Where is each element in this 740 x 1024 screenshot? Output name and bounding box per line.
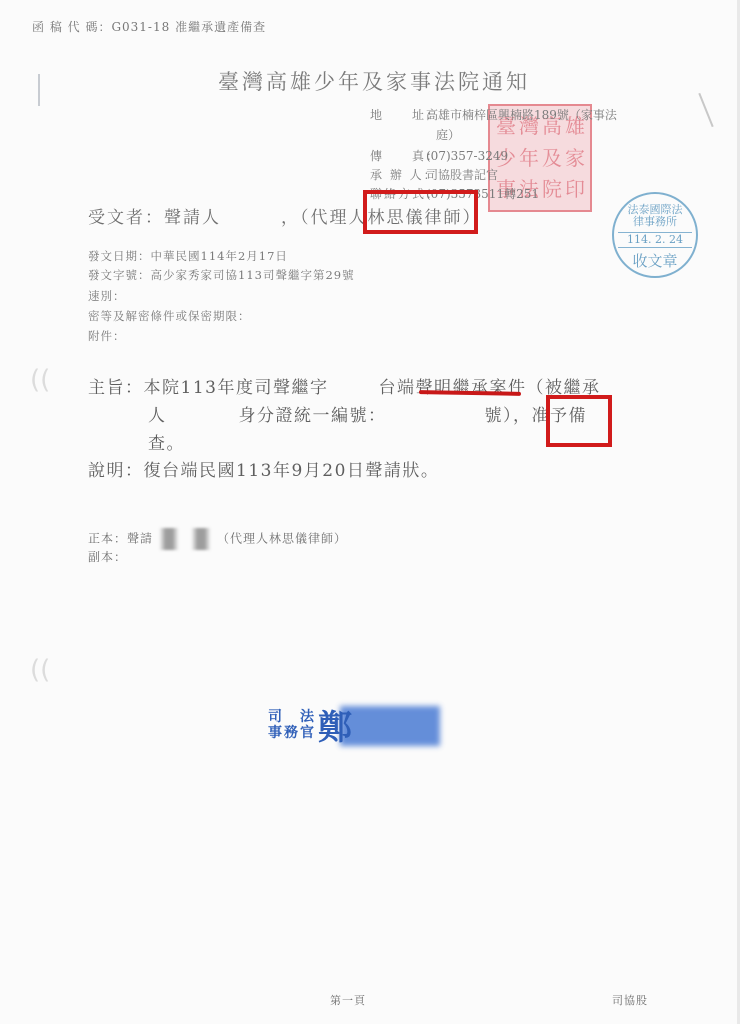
document-title: 臺灣高雄少年及家事法院通知 bbox=[218, 66, 530, 96]
seal-char: 及 bbox=[542, 144, 562, 173]
handler-row: 承 辦 人：司協股書記官 bbox=[370, 166, 498, 183]
original-recipient: 正本：聲請（代理人林思儀律師） bbox=[88, 528, 347, 550]
signature-title-1: 司 法 bbox=[268, 709, 316, 725]
signature-title: 司 法事務官 bbox=[268, 709, 316, 741]
address-row: 地 址：高雄市楠梓區興楠路189號（家事法 bbox=[370, 106, 617, 123]
receipt-stamp-label: 收文章 bbox=[614, 250, 696, 271]
scan-artifact-line bbox=[38, 74, 40, 106]
signature-surname: 鄭 bbox=[318, 700, 352, 749]
explanation: 說明：復台端民國113年9月20日聲請狀。 bbox=[88, 456, 439, 481]
recipient-prefix: 受文者：聲請人 bbox=[88, 208, 221, 228]
receipt-stamp-firm: 法泰國際法律事務所 bbox=[614, 204, 696, 228]
page-number: 第一頁 bbox=[330, 992, 366, 1008]
secrecy-level: 密等及解密條件或保密期限： bbox=[88, 308, 251, 324]
original-prefix: 正本：聲請 bbox=[88, 532, 153, 546]
address-value: 高雄市楠梓區興楠路189號（家事法 bbox=[426, 108, 617, 122]
doc-number: 發文字號：高少家秀家司協113司聲繼字第29號 bbox=[88, 267, 355, 283]
scan-artifact-line bbox=[698, 93, 713, 127]
signature-title-2: 事務官 bbox=[268, 725, 316, 741]
address-label: 地 址： bbox=[370, 106, 426, 123]
footer-unit: 司協股 bbox=[612, 992, 648, 1008]
seal-char: 年 bbox=[519, 144, 539, 173]
copy-recipient: 副本： bbox=[88, 548, 127, 565]
punch-hole-mark: (( bbox=[30, 655, 50, 685]
subject-text: 身分證統一編號： bbox=[239, 406, 387, 426]
receipt-stamp-date: 114. 2. 24 bbox=[618, 232, 692, 248]
speed-class: 速別： bbox=[88, 288, 126, 304]
subject-line-1: 主旨：本院113年度司聲繼字台端聲明繼承案件（被繼承 bbox=[88, 373, 600, 398]
redacted-name bbox=[191, 528, 211, 550]
seal-char: 家 bbox=[565, 144, 585, 173]
fax-row: 傳 真：(07)357-3249 bbox=[370, 147, 508, 164]
original-suffix: （代理人林思儀律師） bbox=[217, 532, 347, 546]
subject-line-3: 查。 bbox=[148, 429, 185, 454]
highlight-box-approved bbox=[546, 395, 612, 447]
fax-label: 傳 真： bbox=[370, 147, 426, 164]
seal-char: 院 bbox=[542, 175, 562, 204]
receipt-stamp: 法泰國際法律事務所 114. 2. 24 收文章 bbox=[612, 192, 698, 278]
issue-date: 發文日期：中華民國114年2月17日 bbox=[88, 248, 288, 264]
handler-label: 承 辦 人： bbox=[370, 166, 426, 183]
signature-stamp: 司 法事務官鄭 bbox=[268, 700, 352, 749]
seal-char: 印 bbox=[565, 175, 585, 204]
form-code: 函 稿 代 碼：G031-18 准繼承遺產備查 bbox=[32, 18, 266, 35]
attachment: 附件： bbox=[88, 328, 126, 344]
fax-value: (07)357-3249 bbox=[426, 149, 508, 163]
subject-text: 人 bbox=[148, 406, 167, 426]
redacted-signature bbox=[340, 706, 440, 746]
subject-text: 主旨：本院113年度司聲繼字 bbox=[88, 378, 328, 398]
punch-hole-mark: (( bbox=[30, 365, 50, 395]
handler-value: 司協股書記官 bbox=[426, 168, 498, 182]
subject-line-2: 人身分證統一編號：號），准予備 bbox=[148, 401, 587, 426]
address-value-cont: 庭） bbox=[436, 126, 460, 143]
highlight-box-agent bbox=[363, 190, 478, 234]
redacted-name bbox=[159, 528, 179, 550]
agent-open: ，（代理人 bbox=[281, 208, 368, 228]
